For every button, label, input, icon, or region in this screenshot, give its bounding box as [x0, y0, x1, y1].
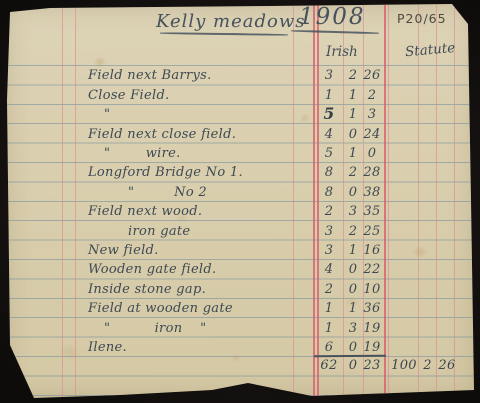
ledger-row: "513: [0, 104, 480, 123]
row-description: iron gate: [128, 225, 190, 238]
ledger-row: Field next close field.4024: [0, 123, 480, 142]
ledger-row: Wooden gate field.4022: [0, 259, 480, 278]
row-irish-acres: 1: [315, 302, 343, 315]
row-irish-perches: 19: [360, 322, 384, 335]
ledger-row: " No 28038: [0, 181, 480, 200]
ledger-row: iron gate3225: [0, 220, 480, 239]
row-irish-perches: 28: [360, 166, 384, 179]
ledger-row: Inside stone gap.2010: [0, 278, 480, 297]
row-irish-acres: 3: [315, 244, 343, 257]
row-irish-perches: 38: [360, 186, 384, 199]
row-irish-perches: 2: [360, 89, 384, 102]
row-irish-acres: 8: [315, 186, 343, 199]
row-irish-perches: 25: [360, 225, 384, 238]
row-irish-acres: 1: [315, 322, 343, 335]
ledger-row: New field.3116: [0, 240, 480, 259]
row-irish-acres: 3: [315, 69, 343, 82]
row-irish-perches: 19: [360, 341, 384, 354]
row-description: Field next wood.: [88, 205, 202, 218]
total-statute-perches: 26: [436, 359, 458, 372]
row-irish-perches: 35: [360, 205, 384, 218]
ledger-page: Kelly meadows 1908 P20/65 Irish Statute …: [0, 0, 480, 403]
totals-row: 62 0 23 100 2 26: [0, 356, 480, 375]
row-irish-acres: 4: [315, 263, 343, 276]
row-irish-perches: 24: [360, 128, 384, 141]
row-irish-acres: 3: [315, 225, 343, 238]
row-irish-acres: 4: [315, 128, 343, 141]
row-irish-perches: 26: [360, 69, 384, 82]
row-description: Field at wooden gate: [88, 302, 233, 315]
row-description: " wire.: [104, 147, 181, 160]
row-irish-perches: 10: [360, 283, 384, 296]
row-description: New field.: [88, 244, 159, 257]
row-irish-acres: 2: [315, 283, 343, 296]
total-statute-roods: 2: [418, 359, 437, 372]
row-irish-acres: 5: [315, 106, 343, 122]
row-description: Wooden gate field.: [88, 263, 216, 276]
row-description: Field next close field.: [88, 128, 236, 141]
total-statute-acres: 100: [390, 359, 418, 372]
ledger-rows: Field next Barrys.3226Close Field.112"51…: [0, 0, 480, 403]
row-irish-acres: 8: [315, 166, 343, 179]
row-irish-acres: 5: [315, 147, 343, 160]
ledger-row: " iron "1319: [0, 317, 480, 336]
ledger-row: " wire.510: [0, 143, 480, 162]
row-irish-acres: 1: [315, 89, 343, 102]
row-description: " No 2: [128, 186, 207, 199]
row-description: ": [104, 108, 110, 121]
row-description: Inside stone gap.: [88, 283, 206, 296]
ledger-row: Field at wooden gate1136: [0, 298, 480, 317]
row-irish-perches: 36: [360, 302, 384, 315]
ledger-row: Field next Barrys.3226: [0, 65, 480, 84]
photo-background: Kelly meadows 1908 P20/65 Irish Statute …: [0, 0, 480, 403]
row-description: Longford Bridge No 1.: [88, 166, 243, 179]
row-description: Ilene.: [88, 341, 127, 354]
row-irish-acres: 6: [315, 341, 343, 354]
row-irish-perches: 22: [360, 263, 384, 276]
ledger-row: Longford Bridge No 1.8228: [0, 162, 480, 181]
row-description: Field next Barrys.: [88, 69, 212, 82]
row-irish-perches: 0: [360, 147, 384, 160]
row-description: " iron ": [104, 322, 206, 335]
ledger-row: Close Field.112: [0, 84, 480, 103]
total-irish-acres: 62: [315, 359, 343, 372]
row-irish-perches: 16: [360, 244, 384, 257]
row-irish-acres: 2: [315, 205, 343, 218]
row-irish-perches: 3: [360, 108, 384, 121]
ledger-row: Ilene.6019: [0, 337, 480, 356]
total-irish-perches: 23: [360, 359, 384, 372]
ledger-row: Field next wood.2335: [0, 201, 480, 220]
row-description: Close Field.: [88, 89, 170, 102]
